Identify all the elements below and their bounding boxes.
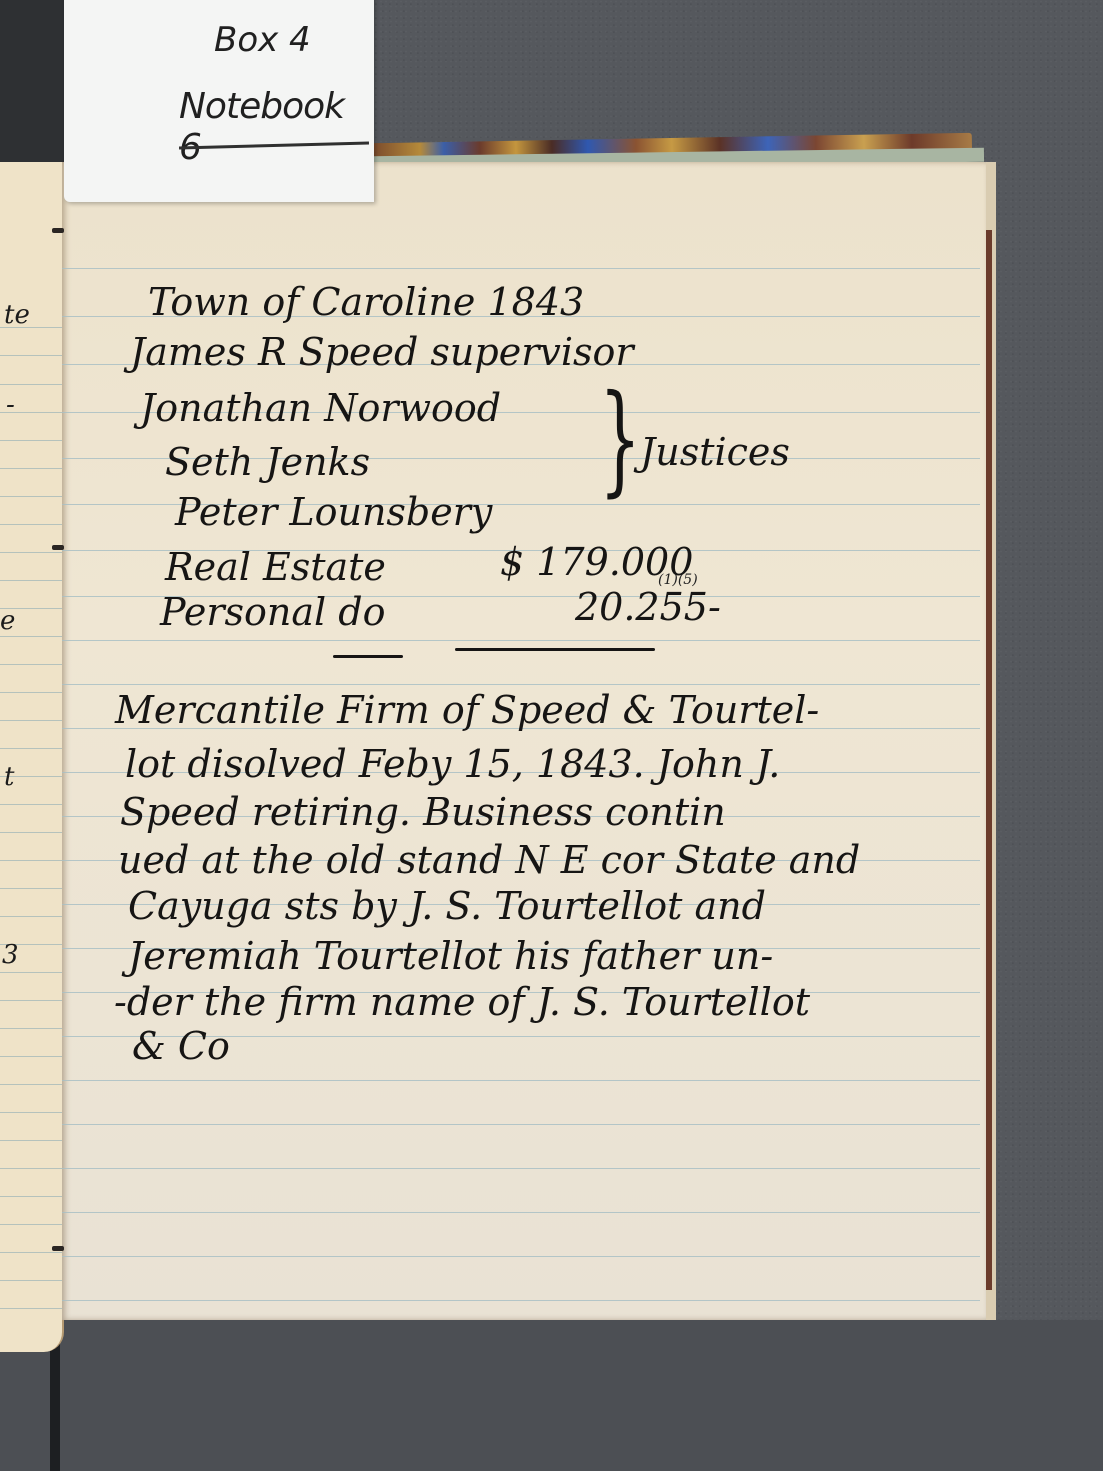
justice-name: Jonathan Norwood [140, 386, 501, 430]
personal-value: 20.255- [575, 585, 721, 629]
separator-dash [455, 648, 655, 651]
archive-label-card: Box 4 Notebook 6 [64, 0, 374, 202]
left-page-fragment: t [4, 762, 14, 792]
grouping-brace: } [599, 380, 641, 500]
page-edge [986, 230, 992, 1290]
paragraph-line: & Co [132, 1024, 230, 1068]
left-page-fragment: e [0, 606, 15, 636]
supervisor-line: James R Speed supervisor [130, 330, 634, 374]
justice-name: Peter Lounsbery [175, 490, 492, 534]
binding-stitch [52, 1246, 64, 1251]
left-page-fragment: - [6, 390, 15, 420]
box-number: Box 4 [214, 20, 311, 60]
separator-dash [333, 655, 403, 658]
left-page-fragment: te [4, 300, 30, 330]
personal-label: Personal do [160, 590, 385, 634]
justice-name: Seth Jenks [165, 440, 370, 484]
table-surface [0, 1320, 1103, 1471]
justices-label: Justices [640, 430, 790, 474]
paragraph-line: Jeremiah Tourtellot his father un- [128, 934, 773, 978]
paragraph-line: Mercantile Firm of Speed & Tourtel- [115, 688, 819, 732]
paragraph-line: Cayuga sts by J. S. Tourtellot and [128, 884, 766, 928]
real-estate-label: Real Estate [165, 545, 386, 589]
paragraph-line: ued at the old stand N E cor State and [118, 838, 860, 882]
notebook-number: Notebook 6 [179, 86, 374, 168]
paragraph-line: lot disolved Feby 15, 1843. John J. [125, 742, 780, 786]
left-page [0, 162, 64, 1352]
left-page-fragment: 3 [2, 940, 19, 970]
record-title: Town of Caroline 1843 [148, 280, 584, 324]
paragraph-line: -der the firm name of J. S. Tourtellot [114, 980, 810, 1024]
binding-stitch [52, 228, 64, 233]
paragraph-line: Speed retiring. Business contin [120, 790, 726, 834]
